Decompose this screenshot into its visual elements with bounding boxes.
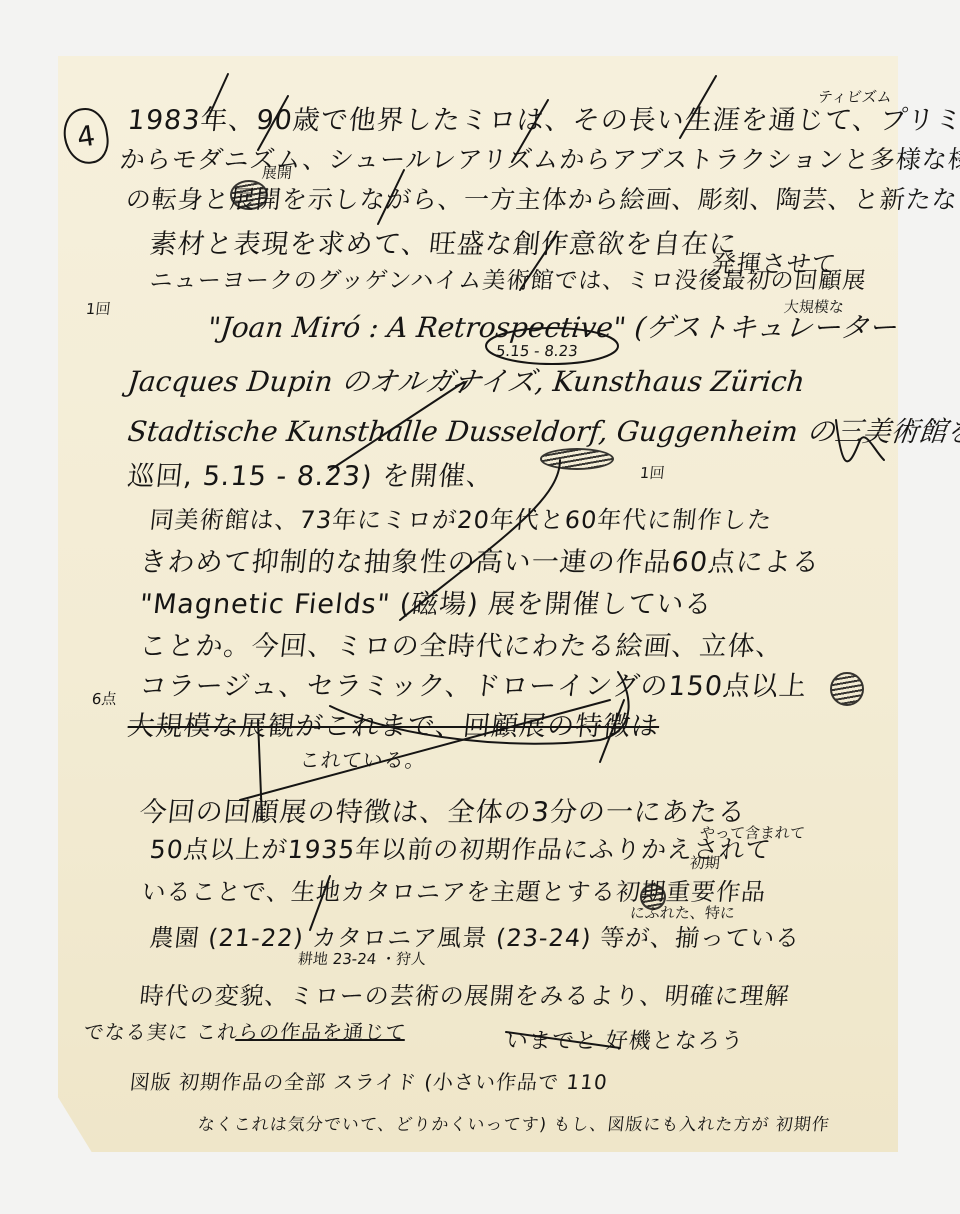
pen-strokes — [0, 0, 960, 1214]
